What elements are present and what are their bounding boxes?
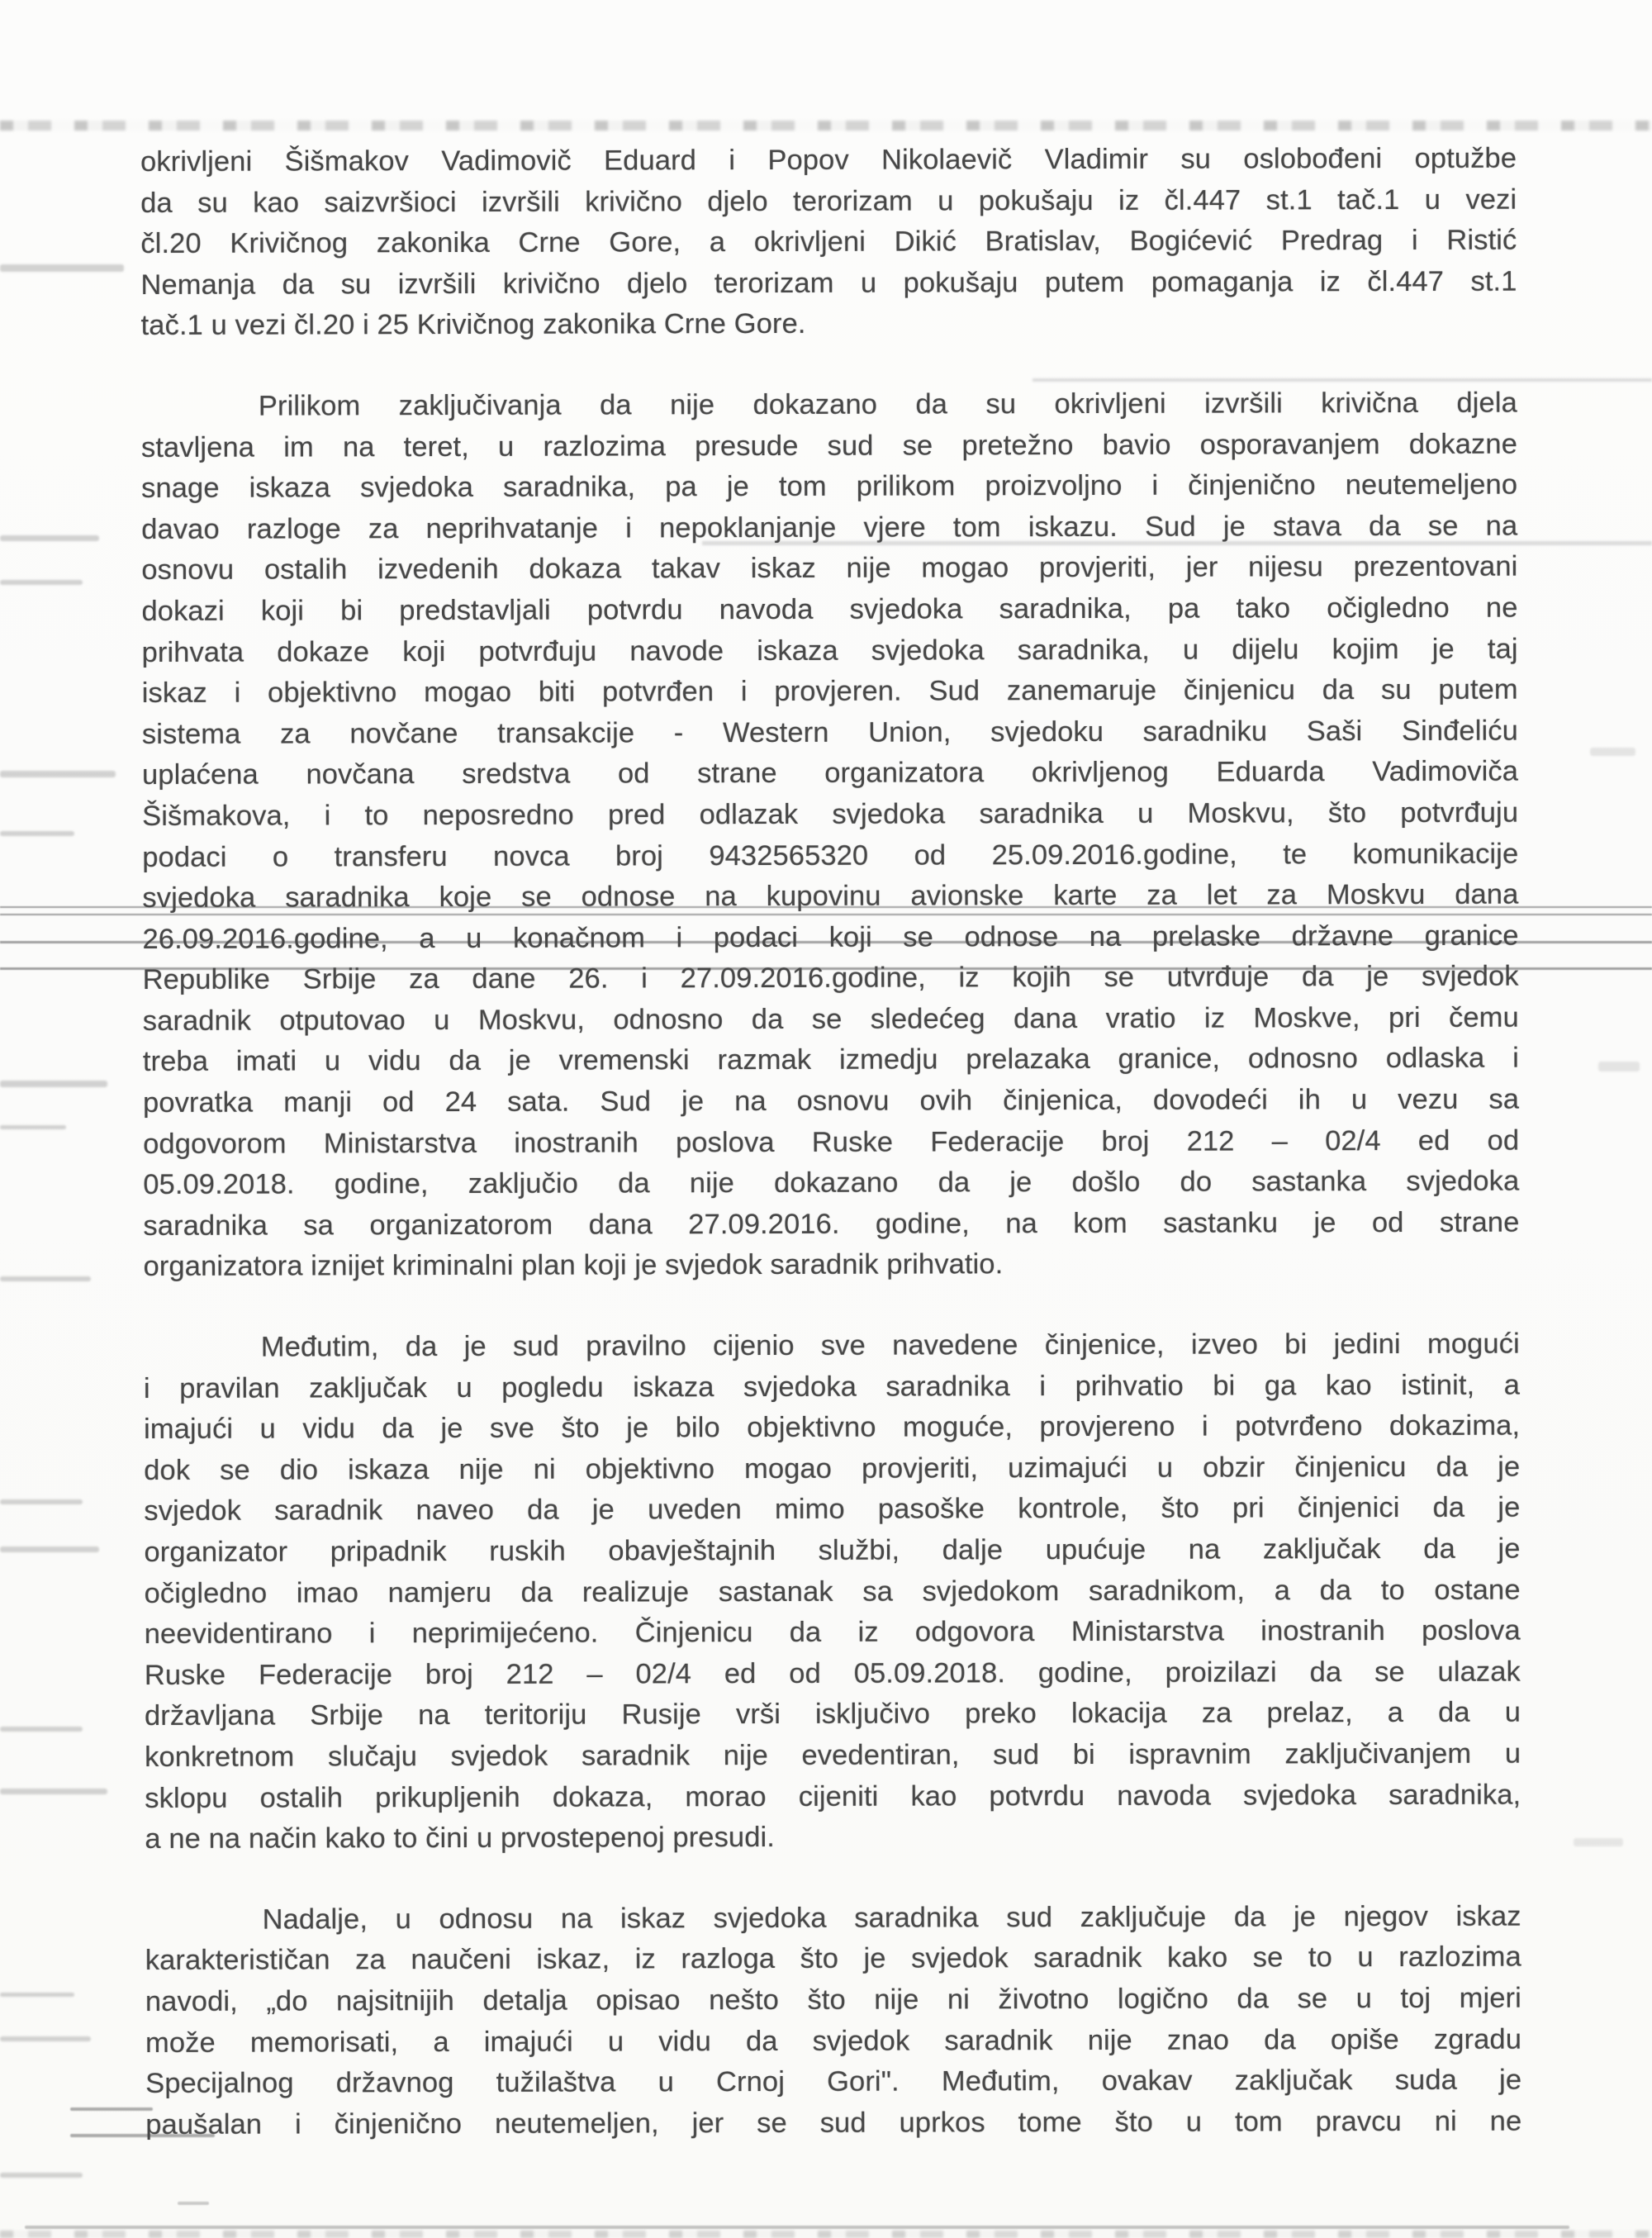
scan-artifact [70,2107,153,2111]
text-line: tač.1 u vezi čl.20 i 25 Krivičnog zakoni… [141,302,1517,347]
scan-artifact [0,1547,99,1552]
text-line: paušalan i činjenično neutemeljen, jer s… [145,2101,1521,2145]
text-line: dokazi koji bi predstavljali potvrdu nav… [141,588,1517,633]
document-text: okrivljeni Šišmakov Vadimovič Eduard i P… [140,139,1521,2146]
scan-artifact [0,264,124,272]
text-line: saradnik otputovao u Moskvu, odnosno da … [143,998,1519,1043]
scan-artifact [0,771,116,777]
text-line: Prilikom zaključivanja da nije dokazano … [141,383,1517,428]
text-line: neevidentirano i neprimijećeno. Činjenic… [145,1611,1521,1656]
scan-artifact [1590,748,1635,756]
text-line: državljana Srbije na teritoriju Rusije v… [145,1693,1521,1737]
scan-artifact [178,2202,209,2205]
text-line: organizatora iznijet kriminalni plan koj… [144,1243,1520,1288]
text-line: svjedok saradnik naveo da je uveden mimo… [144,1488,1520,1532]
text-line: a ne na način kako to čini u prvostepeno… [145,1816,1521,1860]
scan-artifact [0,1081,107,1087]
text-line: sklopu ostalih prikupljenih dokaza, mora… [145,1775,1521,1819]
text-line: Specijalnog državnog tužilaštva u Crnoj … [145,2060,1521,2105]
scan-artifact [0,580,83,585]
scan-artifact [0,1789,107,1794]
text-line: Republike Srbije za dane 26. i 27.09.201… [143,957,1519,1001]
text-line: 26.09.2016.godine, a u konačnom i podaci… [142,915,1518,960]
text-line: može memorisati, a imajući u vidu da svj… [145,2019,1521,2064]
scan-artifact [1574,1838,1623,1846]
scan-artifact-top-band [0,121,1652,131]
text-line: odgovorom Ministarstva inostranih poslov… [143,1120,1519,1165]
scan-artifact [0,1276,91,1281]
text-line: iskaz i objektivno mogao biti potvrđen i… [142,670,1518,715]
text-line: dok se dio iskaza nije ni objektivno mog… [144,1447,1520,1491]
scan-artifact [0,1727,83,1732]
scan-artifact-bottom-band [0,2231,1652,2238]
text-line: snage iskaza svjedoka saradnika, pa je t… [141,465,1517,510]
text-line: konkretnom slučaju svjedok saradnik nije… [145,1734,1521,1779]
paragraph: Nadalje, u odnosu na iskaz svjedoka sara… [145,1896,1522,2145]
text-line: stavljena im na teret, u razlozima presu… [141,424,1517,468]
text-line: Šišmakova, i to neposredno pred odlazak … [142,793,1518,838]
text-line: prihvata dokaze koji potvrđuju navode is… [142,629,1518,673]
text-line: svjedoka saradnika koje se odnose na kup… [142,875,1518,919]
text-line: očigledno imao namjeru da realizuje sast… [145,1570,1521,1614]
text-line: čl.20 Krivičnog zakonika Crne Gore, a ok… [140,221,1517,265]
text-line: Nemanja da su izvršili krivično djelo te… [140,261,1517,306]
scan-artifact [25,2226,1569,2229]
scan-artifact [0,1125,66,1129]
text-line: da su kao saizvršioci izvršili krivično … [140,179,1517,224]
document-page: okrivljeni Šišmakov Vadimovič Eduard i P… [0,0,1652,2238]
text-line: saradnika sa organizatorom dana 27.09.20… [143,1202,1519,1247]
scan-artifact [0,2036,91,2041]
text-line: povratka manji od 24 sata. Sud je na osn… [143,1080,1519,1124]
paragraph: Prilikom zaključivanja da nije dokazano … [141,383,1520,1288]
scan-artifact [0,2173,83,2178]
text-line: navodi, „do najsitnijih detalja opisao n… [145,1979,1521,2023]
scan-artifact [0,535,99,541]
paragraph: okrivljeni Šišmakov Vadimovič Eduard i P… [140,139,1517,347]
text-line: podaci o transferu novca broj 9432565320… [142,834,1518,878]
scan-artifact [0,1499,83,1504]
scan-artifact [0,831,74,836]
text-line: uplaćena novčana sredstva od strane orga… [142,752,1518,796]
scan-artifact [1598,1062,1640,1071]
text-line: imajući u vidu da je sve što je bilo obj… [144,1406,1520,1451]
text-line: Ruske Federacije broj 212 – 02/4 ed od 0… [145,1651,1521,1696]
text-line: okrivljeni Šišmakov Vadimovič Eduard i P… [140,139,1517,183]
text-line: karakterističan za naučeni iskaz, iz raz… [145,1937,1521,1982]
text-line: treba imati u vidu da je vremenski razma… [143,1038,1519,1083]
text-line: davao razloge za neprihvatanje i nepokla… [141,506,1517,550]
text-line: sistema za novčane transakcije - Western… [142,710,1518,755]
text-line: osnovu ostalih izvedenih dokaza takav is… [141,547,1517,592]
text-line: Nadalje, u odnosu na iskaz svjedoka sara… [145,1896,1521,1941]
text-line: i pravilan zaključak u pogledu iskaza sv… [144,1365,1520,1409]
scan-artifact [0,1993,74,1997]
text-line: Međutim, da je sud pravilno cijenio sve … [144,1324,1520,1369]
text-line: organizator pripadnik ruskih obavještajn… [144,1529,1520,1574]
paragraph: Međutim, da je sud pravilno cijenio sve … [144,1324,1521,1860]
text-line: 05.09.2018. godine, zaključio da nije do… [143,1162,1519,1206]
